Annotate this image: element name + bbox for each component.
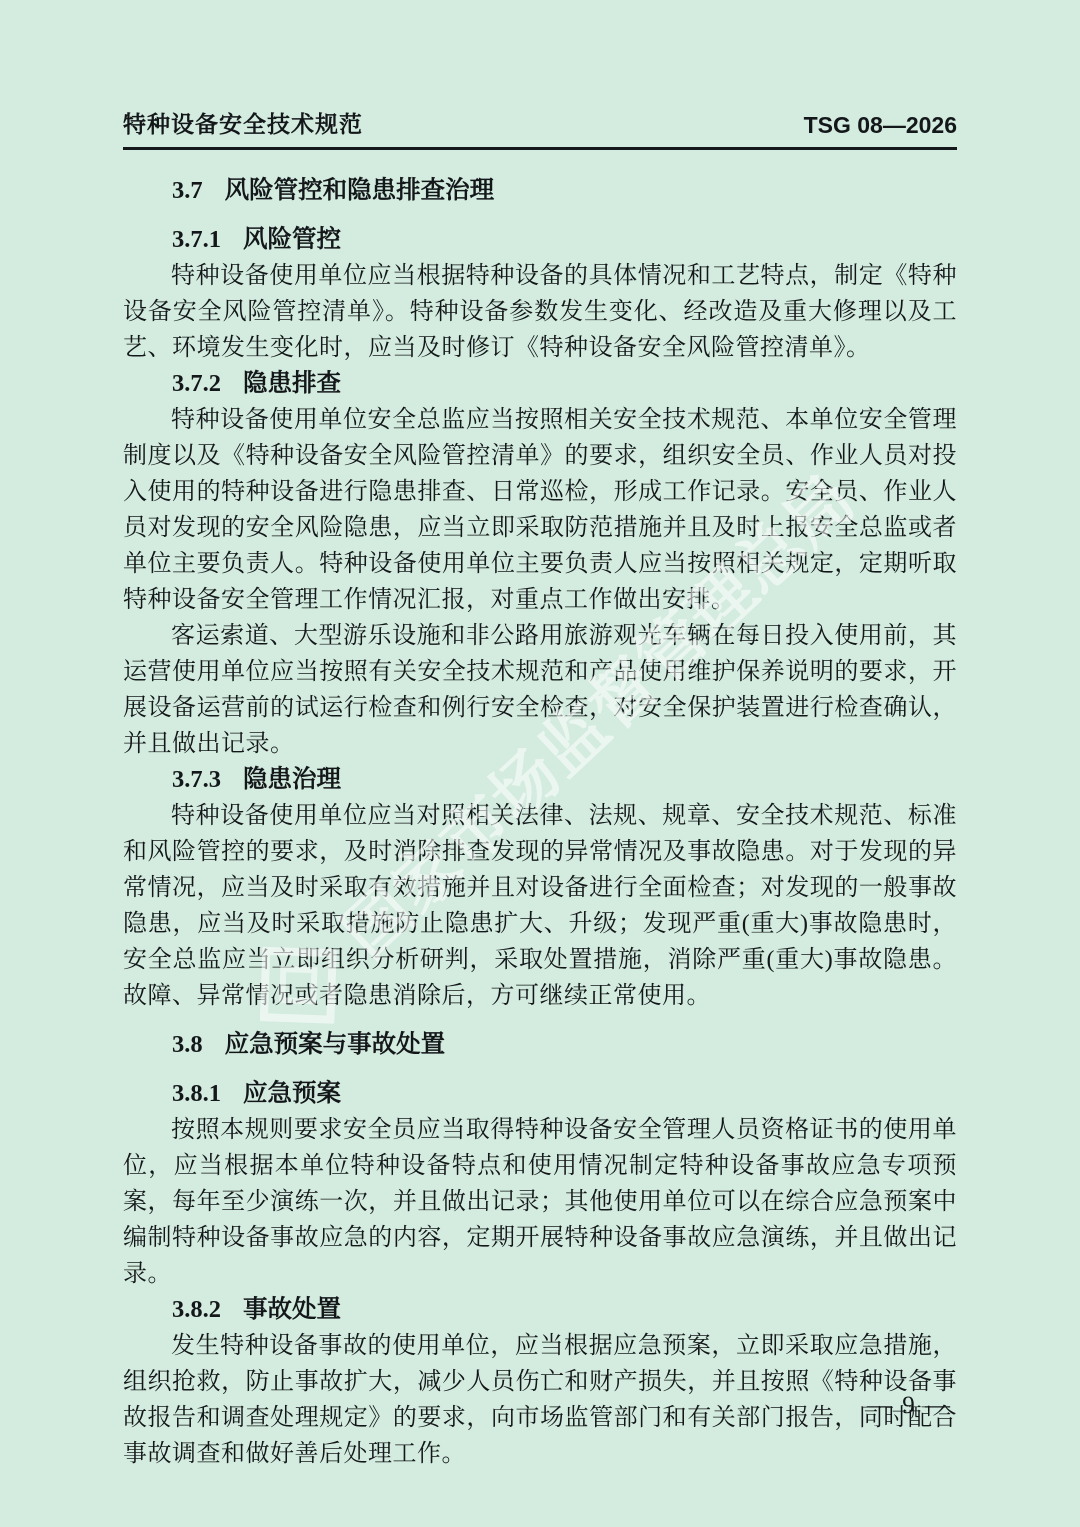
document-page: 特种设备安全技术规范 TSG 08—2026 3.7风险管控和隐患排查治理 3.…: [0, 0, 1080, 1527]
clause-number: 3.8.2: [172, 1296, 221, 1323]
clause-title: 隐患治理: [243, 766, 341, 793]
section-number: 3.8: [172, 1031, 203, 1058]
clause-title: 事故处置: [243, 1296, 341, 1323]
section-heading-3-8: 3.8应急预案与事故处置: [123, 1027, 957, 1063]
clause-heading-3-7-2: 3.7.2隐患排查: [123, 366, 957, 402]
clause-number: 3.8.1: [172, 1080, 221, 1107]
clause-heading-3-8-1: 3.8.1应急预案: [123, 1076, 957, 1112]
section-heading-3-7: 3.7风险管控和隐患排查治理: [123, 173, 957, 209]
clause-number: 3.7.2: [172, 370, 221, 397]
clause-heading-3-8-2: 3.8.2事故处置: [123, 1292, 957, 1328]
section-title: 风险管控和隐患排查治理: [225, 177, 495, 204]
clause-title: 应急预案: [243, 1080, 341, 1107]
paragraph: 按照本规则要求安全员应当取得特种设备安全管理人员资格证书的使用单位，应当根据本单…: [123, 1112, 957, 1292]
clause-title: 隐患排查: [243, 370, 341, 397]
clause-title: 风险管控: [243, 226, 341, 253]
clause-number: 3.7.3: [172, 766, 221, 793]
paragraph: 特种设备使用单位应当对照相关法律、法规、规章、安全技术规范、标准和风险管控的要求…: [123, 798, 957, 1014]
paragraph: 客运索道、大型游乐设施和非公路用旅游观光车辆在每日投入使用前，其运营使用单位应当…: [123, 618, 957, 762]
document-body: 3.7风险管控和隐患排查治理 3.7.1风险管控 特种设备使用单位应当根据特种设…: [123, 147, 957, 1472]
page-number: — 9 —: [867, 1392, 952, 1420]
page-header: 特种设备安全技术规范 TSG 08—2026: [123, 106, 957, 150]
section-title: 应急预案与事故处置: [225, 1031, 446, 1058]
clause-heading-3-7-3: 3.7.3隐患治理: [123, 762, 957, 798]
paragraph: 发生特种设备事故的使用单位，应当根据应急预案，立即采取应急措施，组织抢救，防止事…: [123, 1328, 957, 1472]
header-document-code: TSG 08—2026: [804, 112, 957, 139]
paragraph: 特种设备使用单位应当根据特种设备的具体情况和工艺特点，制定《特种设备安全风险管控…: [123, 258, 957, 366]
header-document-title: 特种设备安全技术规范: [123, 106, 363, 139]
clause-number: 3.7.1: [172, 226, 221, 253]
clause-heading-3-7-1: 3.7.1风险管控: [123, 222, 957, 258]
section-number: 3.7: [172, 177, 203, 204]
paragraph: 特种设备使用单位安全总监应当按照相关安全技术规范、本单位安全管理制度以及《特种设…: [123, 402, 957, 618]
